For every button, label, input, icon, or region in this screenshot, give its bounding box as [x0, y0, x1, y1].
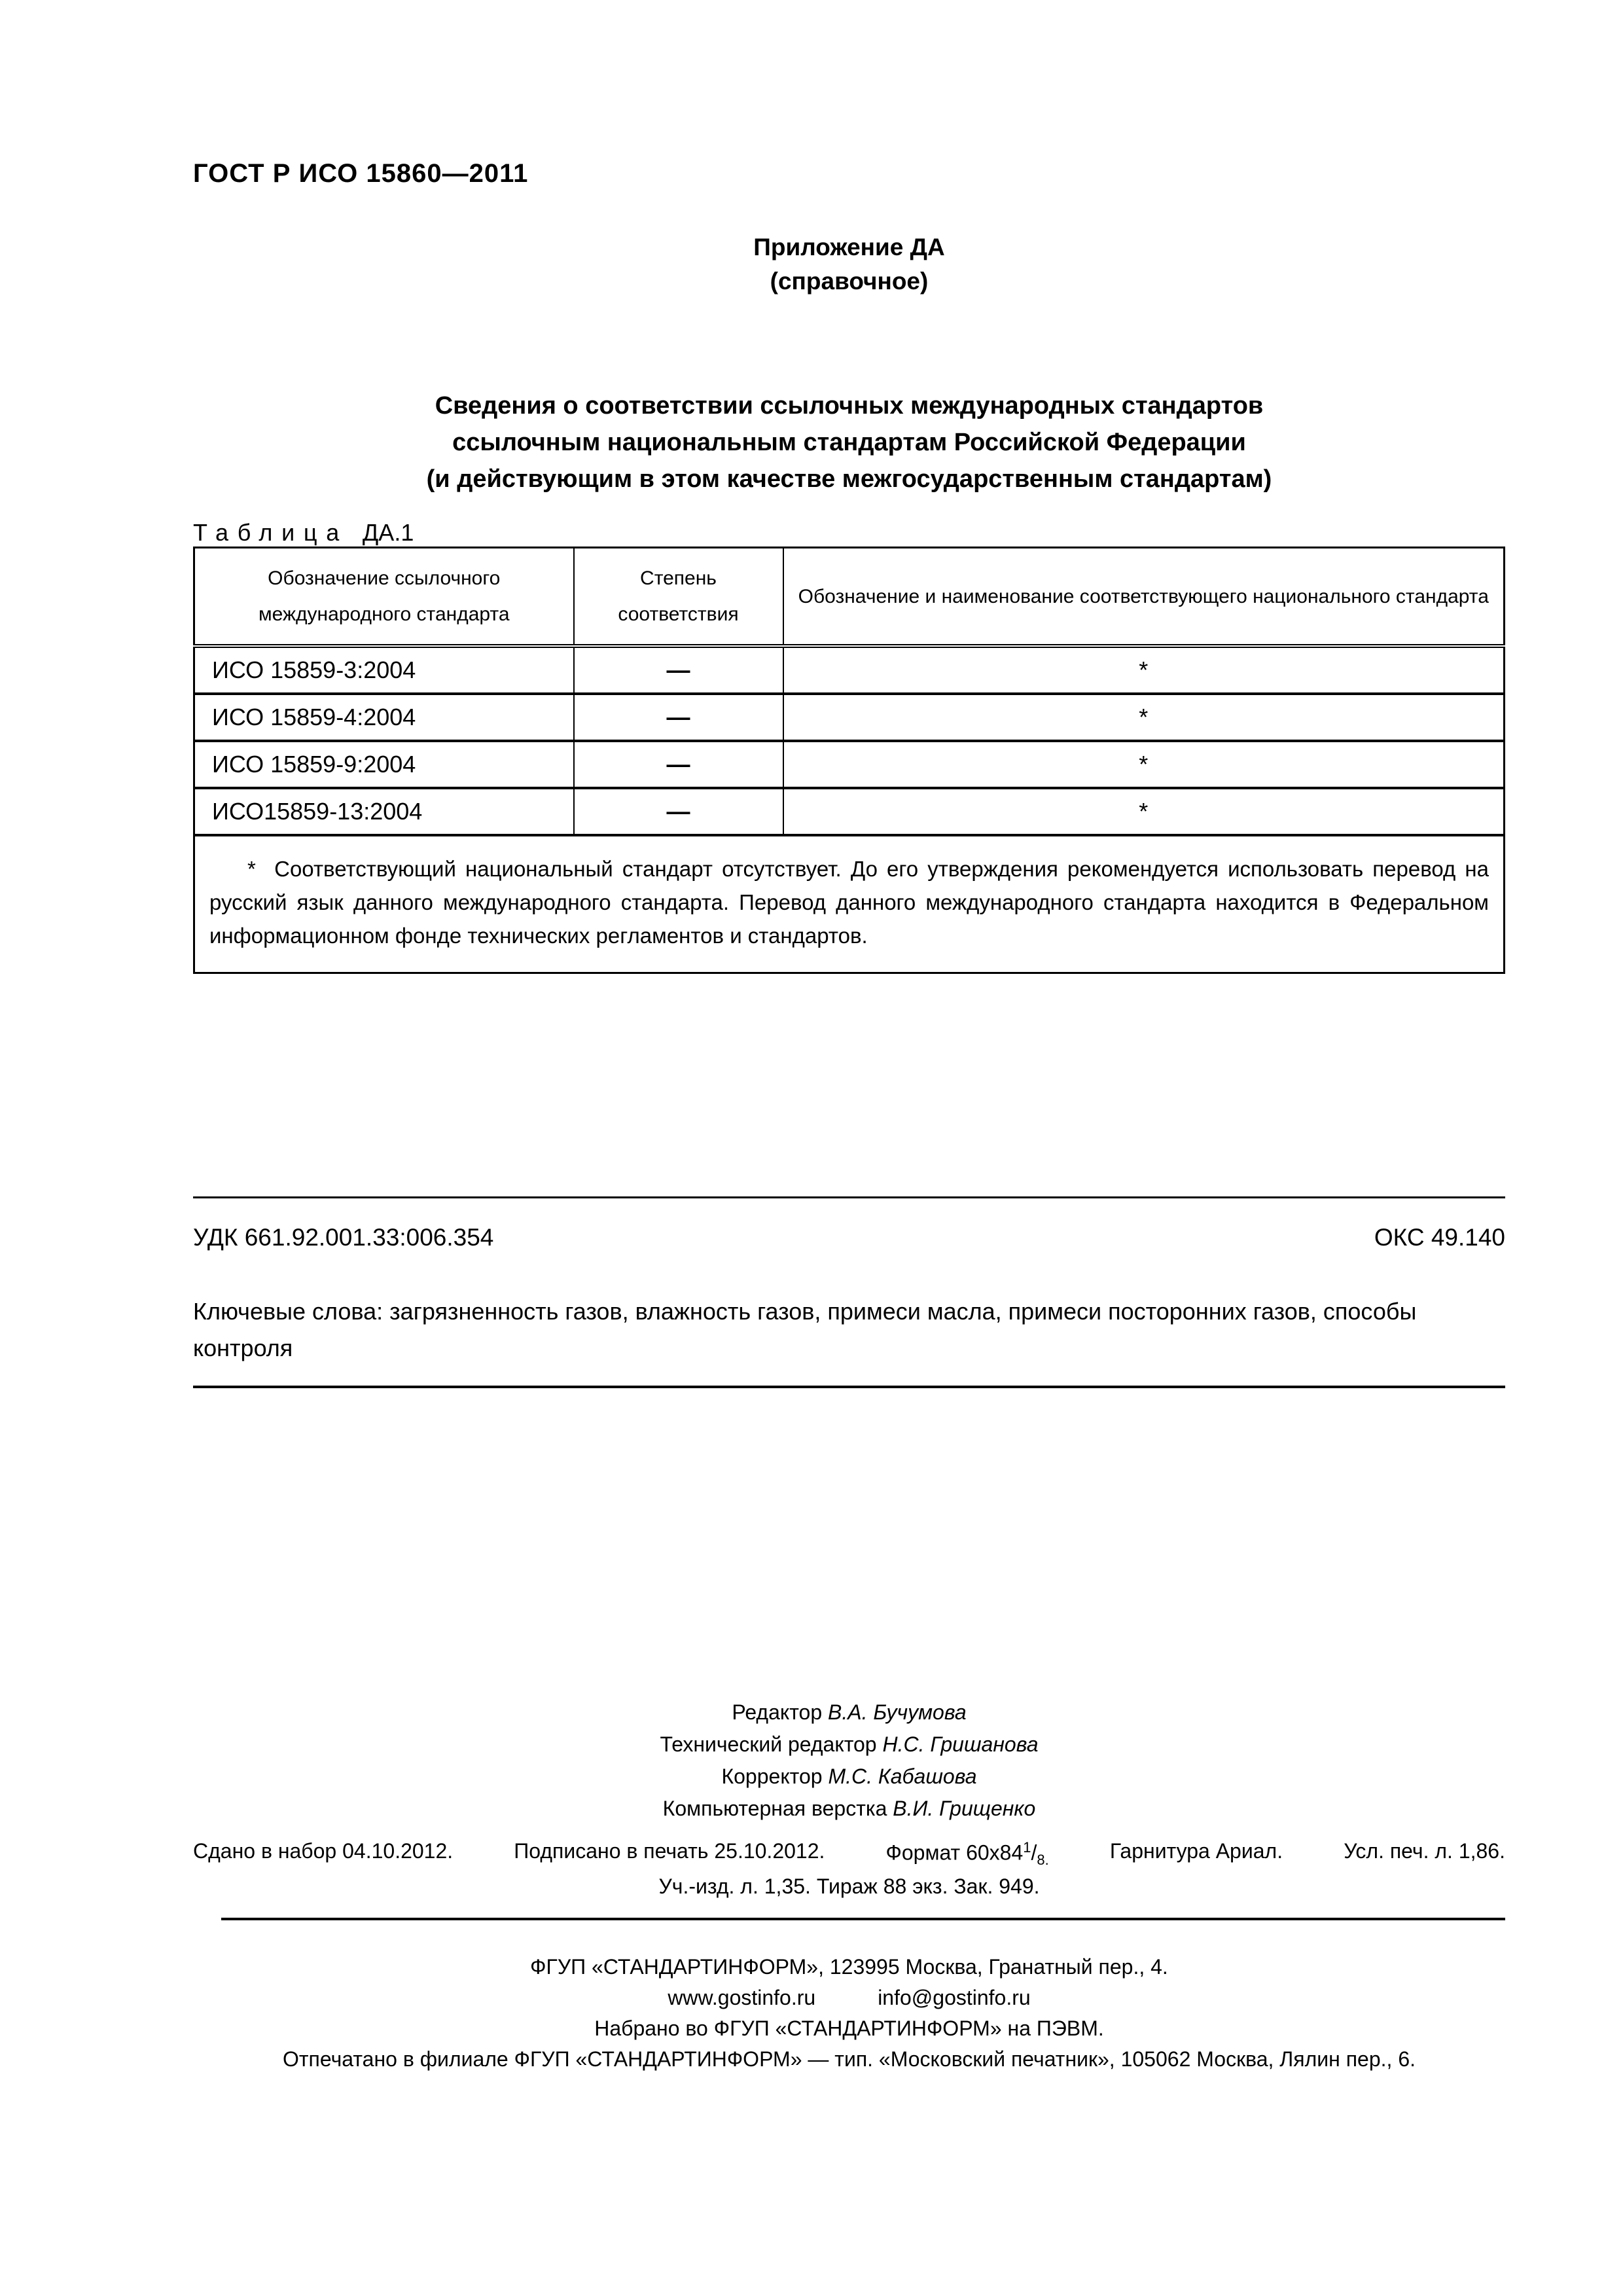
imprint-set-date: Сдано в набор 04.10.2012.	[193, 1839, 453, 1869]
document-title: Сведения о соответствии ссылочных междун…	[193, 387, 1505, 497]
table-row: ИСО 15859-9:2004 — *	[194, 741, 1505, 788]
table-footnote-row: * Соответствующий национальный стандарт …	[194, 835, 1505, 973]
footnote-marker: *	[247, 857, 256, 881]
publisher-contacts: www.gostinfo.ruinfo@gostinfo.ru	[193, 1982, 1505, 2013]
imprint-printed-sheets: Усл. печ. л. 1,86.	[1344, 1839, 1505, 1869]
column-header-degree: Степень соответствия	[574, 548, 783, 647]
credits-block: Редактор В.А. Бучумова Технический редак…	[193, 1696, 1505, 1825]
annex-heading: Приложение ДА (справочное)	[193, 230, 1505, 298]
credit-label: Редактор	[732, 1700, 828, 1724]
cell-national: *	[783, 694, 1505, 741]
imprint-format-sub: 8.	[1037, 1852, 1048, 1868]
correspondence-table: Обозначение ссылочного международного ст…	[193, 547, 1505, 974]
credit-label: Корректор	[721, 1765, 828, 1788]
document-title-line-2: ссылочным национальным стандартам Россий…	[193, 424, 1505, 461]
table-caption-word: Таблица	[193, 519, 348, 546]
table-caption: ТаблицаДА.1	[193, 519, 414, 547]
credit-name: В.А. Бучумова	[828, 1700, 967, 1724]
column-header-standard: Обозначение ссылочного международного ст…	[194, 548, 574, 647]
imprint-line-2: Уч.-изд. л. 1,35. Тираж 88 экз. Зак. 949…	[193, 1874, 1505, 1899]
imprint-format: Формат 60х841/8.	[886, 1839, 1049, 1869]
credit-label: Компьютерная верстка	[663, 1797, 893, 1820]
imprint-typeface: Гарнитура Ариал.	[1110, 1839, 1283, 1869]
cell-national: *	[783, 788, 1505, 835]
table-row: ИСО 15859-4:2004 — *	[194, 694, 1505, 741]
classification-line: УДК 661.92.001.33:006.354 ОКС 49.140	[193, 1224, 1505, 1251]
credit-name: Н.С. Гришанова	[882, 1732, 1038, 1756]
publisher-printed-note: Отпечатано в филиале ФГУП «СТАНДАРТИНФОР…	[193, 2044, 1505, 2075]
document-title-line-3: (и действующим в этом качестве межгосуда…	[193, 461, 1505, 497]
publisher-typeset-note: Набрано во ФГУП «СТАНДАРТИНФОРМ» на ПЭВМ…	[193, 2013, 1505, 2044]
document-title-line-1: Сведения о соответствии ссылочных междун…	[193, 387, 1505, 424]
table-row: ИСО15859-13:2004 — *	[194, 788, 1505, 835]
oks-code: ОКС 49.140	[1374, 1224, 1505, 1251]
credit-row: Компьютерная верстка В.И. Грищенко	[193, 1793, 1505, 1825]
cell-standard: ИСО 15859-3:2004	[194, 646, 574, 694]
cell-national: *	[783, 646, 1505, 694]
table-caption-number: ДА.1	[363, 519, 414, 546]
publisher-address: ФГУП «СТАНДАРТИНФОРМ», 123995 Москва, Гр…	[193, 1952, 1505, 1982]
cell-standard: ИСО15859-13:2004	[194, 788, 574, 835]
credit-label: Технический редактор	[660, 1732, 882, 1756]
table-header-row: Обозначение ссылочного международного ст…	[194, 548, 1505, 647]
table-row: ИСО 15859-3:2004 — *	[194, 646, 1505, 694]
annex-title: Приложение ДА	[193, 230, 1505, 264]
horizontal-rule-top	[193, 1196, 1505, 1198]
footnote: * Соответствующий национальный стандарт …	[209, 852, 1489, 952]
horizontal-rule-footer	[221, 1918, 1505, 1920]
table-footnote-cell: * Соответствующий национальный стандарт …	[194, 835, 1505, 973]
credit-row: Технический редактор Н.С. Гришанова	[193, 1729, 1505, 1761]
horizontal-rule-middle	[193, 1386, 1505, 1388]
keywords: Ключевые слова: загрязненность газов, вл…	[193, 1293, 1505, 1367]
annex-subtitle: (справочное)	[193, 264, 1505, 298]
credit-name: В.И. Грищенко	[893, 1797, 1035, 1820]
cell-standard: ИСО 15859-9:2004	[194, 741, 574, 788]
footnote-text: Соответствующий национальный стандарт от…	[209, 857, 1489, 948]
cell-degree: —	[574, 788, 783, 835]
imprint-format-sup: 1	[1023, 1839, 1031, 1856]
imprint-format-base: Формат 60х84	[886, 1841, 1024, 1865]
cell-degree: —	[574, 694, 783, 741]
credit-row: Редактор В.А. Бучумова	[193, 1696, 1505, 1729]
udc-code: УДК 661.92.001.33:006.354	[193, 1224, 493, 1251]
publisher-website: www.gostinfo.ru	[668, 1986, 815, 2009]
cell-national: *	[783, 741, 1505, 788]
cell-degree: —	[574, 646, 783, 694]
credit-name: М.С. Кабашова	[828, 1765, 976, 1788]
publisher-block: ФГУП «СТАНДАРТИНФОРМ», 123995 Москва, Гр…	[193, 1952, 1505, 2075]
credit-row: Корректор М.С. Кабашова	[193, 1761, 1505, 1793]
column-header-national: Обозначение и наименование соответствующ…	[783, 548, 1505, 647]
cell-standard: ИСО 15859-4:2004	[194, 694, 574, 741]
document-number: ГОСТ Р ИСО 15860—2011	[193, 159, 528, 188]
document-page: ГОСТ Р ИСО 15860—2011 Приложение ДА (спр…	[0, 0, 1623, 2296]
imprint-signed-date: Подписано в печать 25.10.2012.	[514, 1839, 825, 1869]
publisher-email: info@gostinfo.ru	[878, 1986, 1031, 2009]
imprint-line-1: Сдано в набор 04.10.2012. Подписано в пе…	[193, 1839, 1505, 1869]
cell-degree: —	[574, 741, 783, 788]
